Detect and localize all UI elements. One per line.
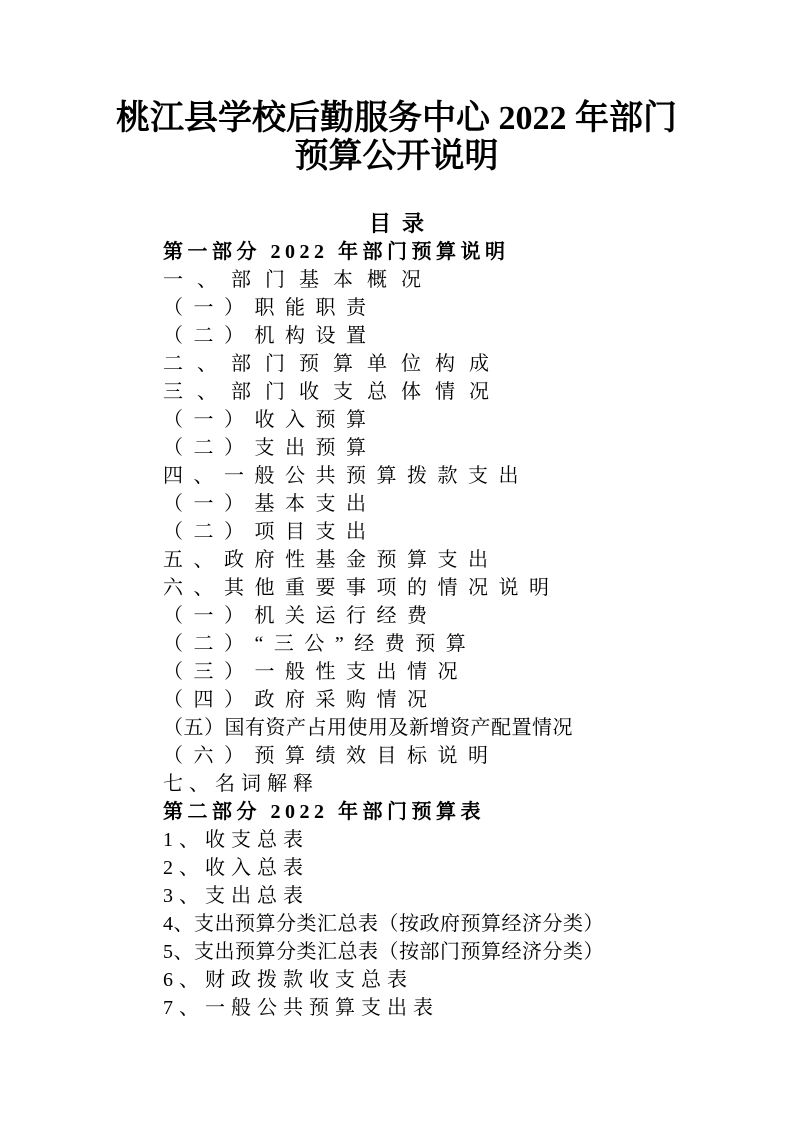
toc-item: 七、名词解释 bbox=[163, 770, 763, 798]
toc-list: 第一部分 2022 年部门预算说明 一、部门基本概况 （一）职能职责 （二）机构… bbox=[0, 238, 793, 1022]
document-title: 桃江县学校后勤服务中心 2022 年部门 预算公开说明 bbox=[0, 0, 793, 176]
toc-item: （四）政府采购情况 bbox=[163, 686, 763, 714]
toc-item: （二）项目支出 bbox=[163, 518, 763, 546]
toc-item: 2、收入总表 bbox=[163, 854, 763, 882]
toc-item: （三）一般性支出情况 bbox=[163, 658, 763, 686]
toc-item: 二、部门预算单位构成 bbox=[163, 350, 763, 378]
toc-item: （二）“三公”经费预算 bbox=[163, 630, 763, 658]
toc-item: 三、部门收支总体情况 bbox=[163, 378, 763, 406]
toc-section-heading-2: 第二部分 2022 年部门预算表 bbox=[163, 798, 763, 826]
toc-item: （六）预算绩效目标说明 bbox=[163, 742, 763, 770]
toc-item: 四、一般公共预算拨款支出 bbox=[163, 462, 763, 490]
toc-item: 6、财政拨款收支总表 bbox=[163, 966, 763, 994]
toc-item: （一）机关运行经费 bbox=[163, 602, 763, 630]
document-page: 桃江县学校后勤服务中心 2022 年部门 预算公开说明 目 录 第一部分 202… bbox=[0, 0, 793, 1122]
toc-item: 5、支出预算分类汇总表（按部门预算经济分类） bbox=[163, 938, 763, 966]
toc-item: 五、政府性基金预算支出 bbox=[163, 546, 763, 574]
toc-item: 3、支出总表 bbox=[163, 882, 763, 910]
toc-item: 六、其他重要事项的情况说明 bbox=[163, 574, 763, 602]
toc-item: （一）收入预算 bbox=[163, 406, 763, 434]
toc-item: （一）基本支出 bbox=[163, 490, 763, 518]
toc-item: （一）职能职责 bbox=[163, 294, 763, 322]
document-title-line-1: 桃江县学校后勤服务中心 2022 年部门 bbox=[0, 100, 793, 138]
toc-item: 7、一般公共预算支出表 bbox=[163, 994, 763, 1022]
toc-item: （五）国有资产占用使用及新增资产配置情况 bbox=[163, 714, 763, 742]
toc-item: （二）机构设置 bbox=[163, 322, 763, 350]
document-title-line-2: 预算公开说明 bbox=[0, 138, 793, 176]
toc-item: （二）支出预算 bbox=[163, 434, 763, 462]
toc-item: 4、支出预算分类汇总表（按政府预算经济分类） bbox=[163, 910, 763, 938]
toc-section-heading-1: 第一部分 2022 年部门预算说明 bbox=[163, 238, 763, 266]
toc-item: 一、部门基本概况 bbox=[163, 266, 763, 294]
toc-heading: 目 录 bbox=[0, 210, 793, 238]
toc-item: 1、收支总表 bbox=[163, 826, 763, 854]
